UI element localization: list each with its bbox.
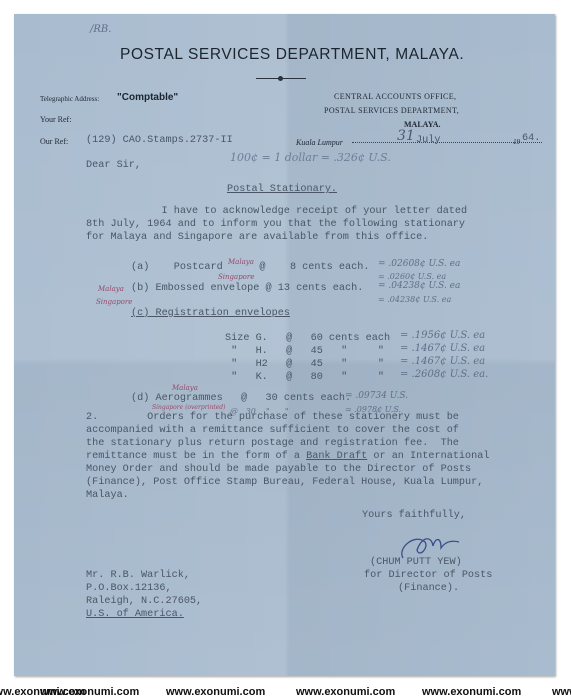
item-a-conversion-2: = .0260¢ U.S. ea	[378, 272, 446, 281]
size-row-h2-conversion: = .1467¢ U.S. ea	[400, 356, 485, 367]
intro-line-2: 8th July, 1964 and to inform you that th…	[86, 219, 465, 230]
item-c: (c) Registration envelopes	[131, 308, 290, 319]
watermark: www.exonumi.com	[166, 686, 265, 698]
paragraph-2-line-6: (Finance), Post Office Stamp Bureau, Fed…	[86, 477, 483, 488]
telegraphic-value: "Comptable"	[117, 92, 178, 103]
intro-line-3: for Malaya and Singapore are available f…	[86, 232, 428, 243]
watermark: www.exonumi.com	[296, 686, 395, 698]
telegraphic-label: Telegraphic Address:	[40, 95, 99, 103]
paragraph-2-line-1: Orders for the purchase of these station…	[86, 412, 459, 423]
date-day: 31	[397, 128, 415, 144]
paragraph-2-line-4: remittance must be in the form of a Bank…	[86, 451, 490, 462]
date-year-suffix: 64.	[522, 133, 540, 144]
rate-annotation: 100¢ = 1 dollar = .326¢ U.S.	[230, 151, 391, 164]
office-line-1: CENTRAL ACCOUNTS OFFICE,	[334, 92, 456, 101]
line-4-start: remittance must be in the form of a	[86, 451, 306, 462]
item-d: (d) Aerogrammes @ 30 cents each.	[131, 393, 351, 404]
item-b-conversion: = .04238¢ U.S. ea	[378, 281, 460, 291]
closing: Yours faithfully,	[362, 510, 466, 521]
item-a-red-note: Malaya	[228, 258, 254, 266]
signatory-title: for Director of Posts	[364, 570, 492, 581]
our-ref-label: Our Ref:	[40, 137, 68, 146]
office-line-2: POSTAL SERVICES DEPARTMENT,	[324, 106, 459, 115]
paragraph-2-line-5: Money Order and should be made payable t…	[86, 464, 471, 475]
date-year-prefix: 19	[513, 138, 520, 146]
recipient-line-1: Mr. R.B. Warlick,	[86, 570, 190, 581]
item-b-red-note: Malaya	[98, 285, 124, 293]
size-row-h-conversion: = .1467¢ U.S. ea	[400, 343, 485, 354]
size-row-k-conversion: = .2608¢ U.S. ea.	[400, 369, 488, 380]
size-row-h: " H. @ 45 " "	[225, 346, 384, 357]
size-row-k: " K. @ 80 " "	[225, 372, 384, 383]
item-d-red-note: Malaya	[172, 384, 198, 392]
subject: Postal Stationary.	[227, 184, 337, 195]
size-row-h2: " H2 @ 45 " "	[225, 359, 384, 370]
letterhead-divider	[256, 78, 306, 79]
bank-draft: Bank Draft	[306, 451, 367, 462]
item-a-conversion: = .02608¢ U.S. ea	[378, 259, 460, 269]
intro-line-1: I have to acknowledge receipt of your le…	[82, 206, 467, 217]
our-ref-value: (129) CAO.Stamps.2737-II	[86, 135, 233, 146]
paragraph-2-line-2: accompanied with a remittance sufficient…	[86, 425, 459, 436]
size-row-g: Size G. @ 60 cents each	[225, 333, 390, 344]
salutation: Dear Sir,	[86, 160, 141, 171]
item-b: (b) Embossed envelope @ 13 cents each.	[131, 283, 363, 294]
watermark: www.exonumi.com	[40, 686, 139, 698]
item-b-conversion-2: = .04238¢ U.S. ea	[378, 295, 451, 304]
signatory-name: (CHUM PUTT YEW)	[370, 557, 462, 568]
recipient-line-3: Raleigh, N.C.27605,	[86, 596, 202, 607]
signatory-dept: (Finance).	[398, 583, 459, 594]
watermark: www.exonumi.com	[552, 686, 571, 698]
item-d-conversion: = .09734 U.S.	[345, 391, 408, 401]
watermark: www.exonumi.com	[422, 686, 521, 698]
recipient-line-2: P.O.Box.12136,	[86, 583, 172, 594]
paragraph-2-line-3: the stationary plus return postage and r…	[86, 438, 459, 449]
place: Kuala Lumpur	[296, 138, 343, 147]
recipient-line-4: U.S. of America.	[86, 609, 184, 620]
letterhead-title: POSTAL SERVICES DEPARTMENT, MALAYA.	[120, 46, 464, 64]
item-d-red-note-2: Singapore (overprinted)	[152, 404, 226, 411]
your-ref-label: Your Ref:	[40, 115, 71, 124]
paragraph-2-line-7: Malaya.	[86, 490, 129, 501]
line-4-tail: or an International	[367, 451, 489, 462]
size-row-g-conversion: = .1956¢ U.S. ea	[400, 330, 485, 341]
date-month: July	[416, 135, 440, 146]
item-b-red-note-2: Singapore	[96, 298, 132, 306]
item-a-red-note-2: Singapore	[218, 273, 254, 281]
file-note: /RB.	[90, 24, 111, 35]
